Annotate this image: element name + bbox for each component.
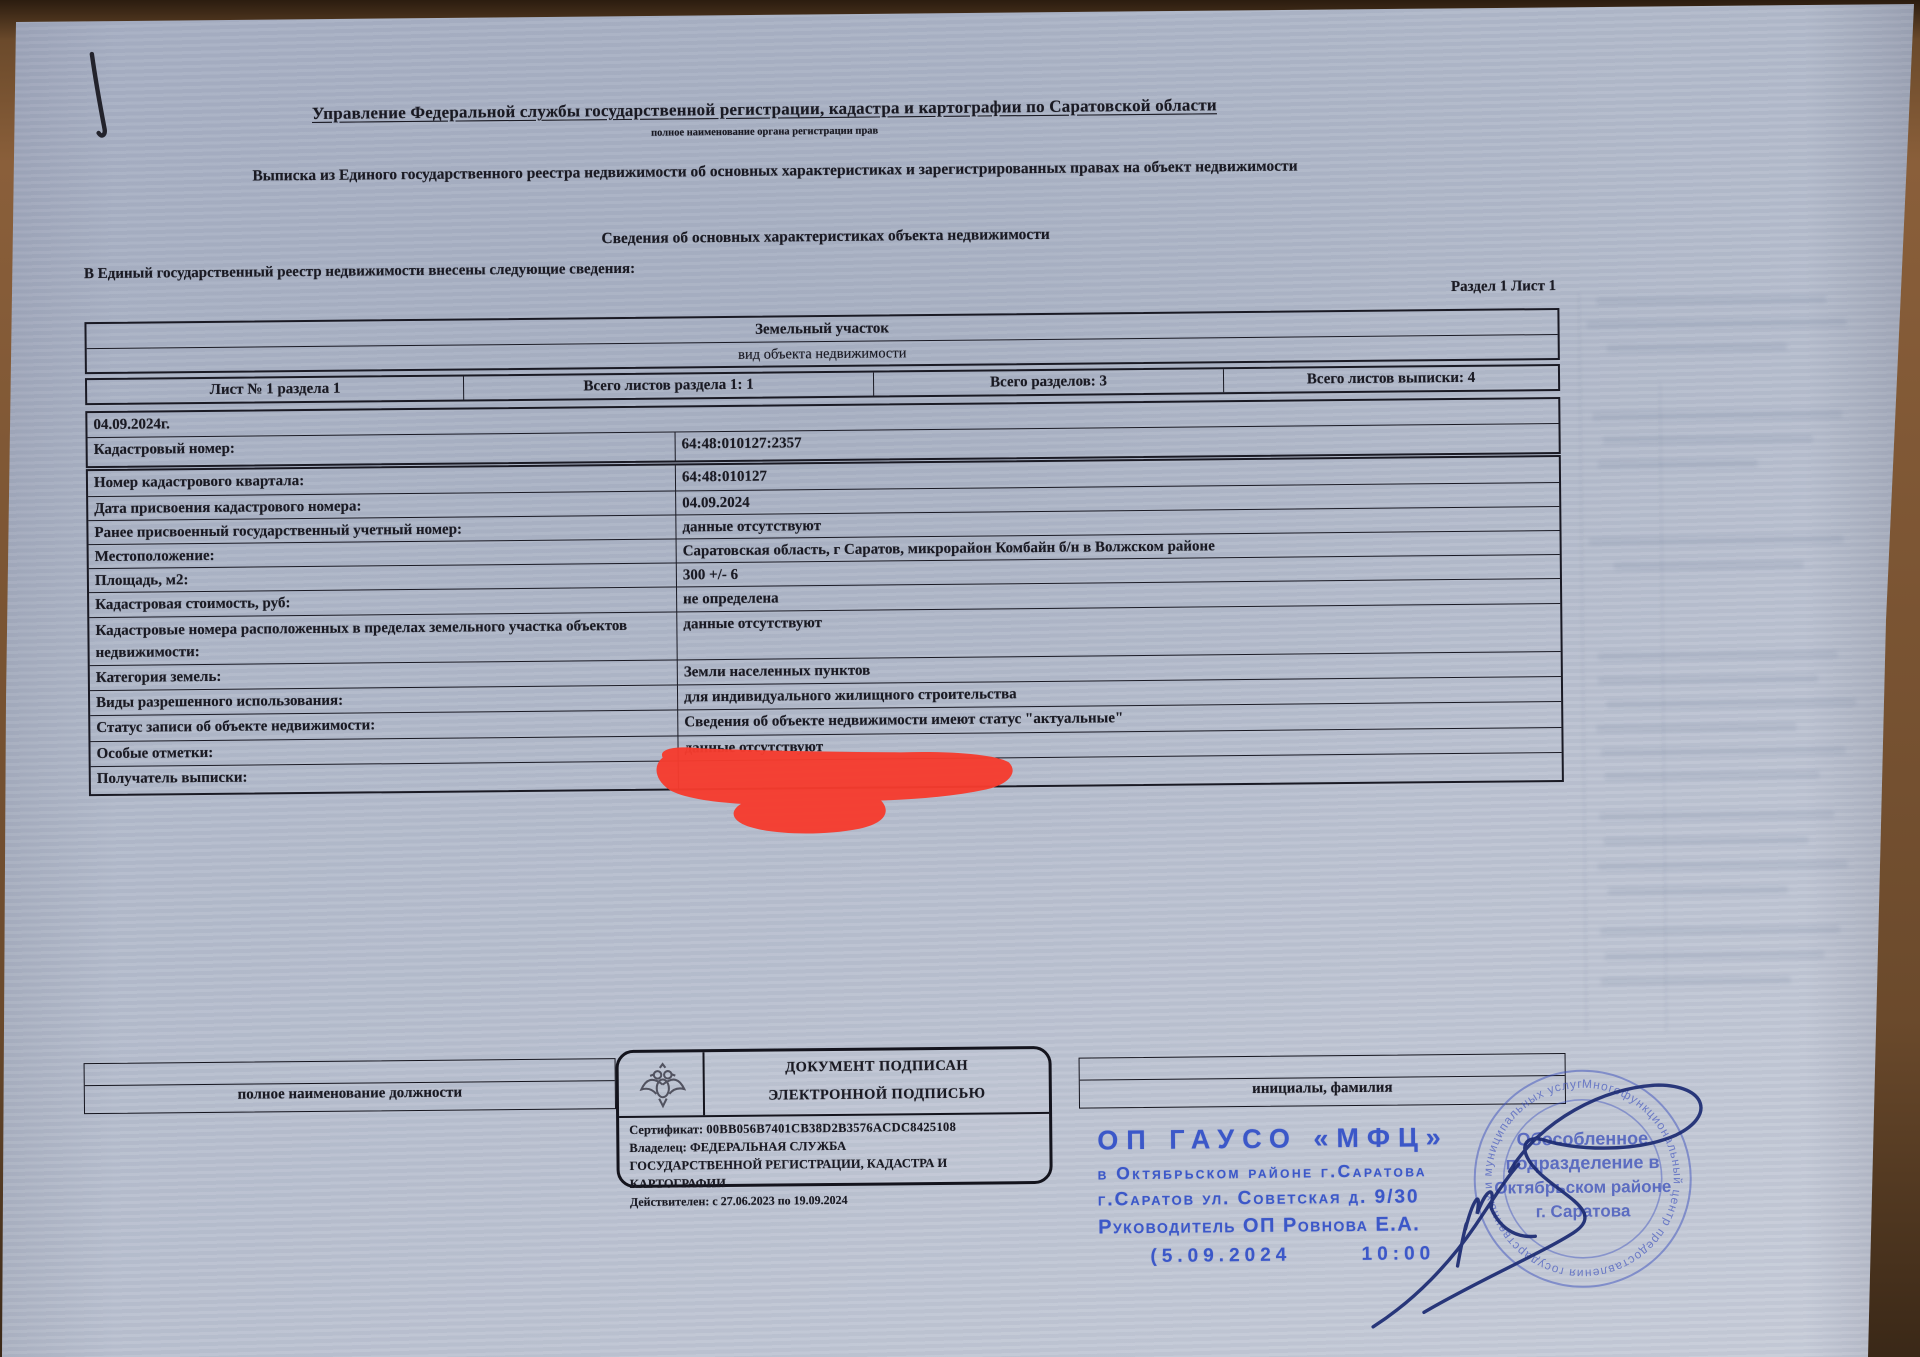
attributes-table: Номер кадастрового квартала: 64:48:01012… <box>86 455 1564 796</box>
mfc-stamp-line4: Руководитель ОП Ровнова Е.А. <box>1098 1212 1528 1239</box>
sheet-info-cell: Лист № 1 раздела 1 <box>87 376 464 403</box>
photo-of-document: Управление Федеральной службы государств… <box>0 0 1920 1357</box>
owner-label: Владелец: <box>629 1140 687 1155</box>
mfc-stamp-time: 10:00 <box>1361 1243 1435 1265</box>
mfc-stamp-line2: в Октябрьском районе г.Саратова <box>1098 1159 1528 1184</box>
electronic-signature-stamp: ДОКУМЕНТ ПОДПИСАН ЭЛЕКТРОННОЙ ПОДПИСЬЮ С… <box>615 1046 1052 1188</box>
section-title: Сведения об основных характеристиках объ… <box>86 221 1566 253</box>
stamp-title-line2: ЭЛЕКТРОННОЙ ПОДПИСЬЮ <box>705 1085 1049 1105</box>
position-caption-box: полное наименование должности <box>84 1058 616 1114</box>
sheet-info-cell: Всего разделов: 3 <box>874 369 1224 395</box>
document-content: Управление Федеральной службы государств… <box>0 0 1920 1357</box>
double-eagle-emblem-icon <box>635 1056 692 1113</box>
owner-line: Владелец: ФЕДЕРАЛЬНАЯ СЛУЖБА ГОСУДАРСТВЕ… <box>629 1136 966 1193</box>
document-title: Выписка из Единого государственного реес… <box>65 156 1485 188</box>
sheet-info-cell: Всего листов выписки: 4 <box>1224 366 1558 392</box>
cadastral-number-label: Кадастровый номер: <box>88 432 676 466</box>
round-stamp-center-line1: Обособленное <box>1516 1128 1648 1149</box>
validity-value: с 27.06.2023 по 19.09.2024 <box>712 1193 847 1208</box>
intro-line: В Единый государственный реестр недвижим… <box>84 261 635 283</box>
position-caption: полное наименование должности <box>85 1081 615 1113</box>
row-value: данные отсутствуют <box>677 604 1560 659</box>
mfc-stamp-date: (5.09.2024 <box>1150 1245 1291 1267</box>
section-sheet-label: Раздел 1 Лист 1 <box>1316 278 1556 297</box>
bleed-through-area <box>0 0 1913 8</box>
mfc-rubber-stamp: ОП ГАУСО «МФЦ» в Октябрьском районе г.Са… <box>1097 1121 1528 1268</box>
row-label: Получатель выписки: <box>91 761 679 794</box>
emblem-cell <box>618 1052 705 1116</box>
sheet-info-cell: Всего листов раздела 1: 1 <box>464 373 874 400</box>
round-stamp-center-line4: г. Саратова <box>1536 1201 1631 1221</box>
round-stamp-center-line2: подразделение в <box>1506 1152 1660 1173</box>
name-caption-box: инициалы, фамилия <box>1079 1053 1566 1109</box>
object-type-table: Земельный участок вид объекта недвижимос… <box>84 308 1559 374</box>
name-caption: инициалы, фамилия <box>1080 1076 1565 1108</box>
stamp-title-line1: ДОКУМЕНТ ПОДПИСАН <box>705 1057 1049 1077</box>
certificate-info: Сертификат: 00BB056B7401CB38D2B3576ACDC8… <box>629 1117 1040 1211</box>
certificate-label: Сертификат: <box>629 1122 703 1137</box>
mfc-stamp-line3: г.Саратов ул. Советская д. 9/30 <box>1098 1185 1528 1211</box>
authority-name: Управление Федеральной службы государств… <box>144 94 1384 126</box>
validity-line: Действителен: с 27.06.2023 по 19.09.2024 <box>630 1189 1040 1211</box>
certificate-value: 00BB056B7401CB38D2B3576ACDC8425108 <box>706 1120 956 1136</box>
authority-caption: полное наименование органа регистрации п… <box>145 121 1385 144</box>
pen-mark <box>92 54 105 136</box>
certificate-line: Сертификат: 00BB056B7401CB38D2B3576ACDC8… <box>629 1117 1039 1139</box>
stamp-header: ДОКУМЕНТ ПОДПИСАН ЭЛЕКТРОННОЙ ПОДПИСЬЮ <box>618 1049 1049 1118</box>
validity-label: Действителен: <box>630 1194 710 1209</box>
mfc-stamp-line1: ОП ГАУСО «МФЦ» <box>1097 1121 1527 1156</box>
mfc-stamp-datetime: (5.09.2024 10:00 <box>1098 1242 1528 1268</box>
row-label: Кадастровые номера расположенных в преде… <box>89 612 677 665</box>
